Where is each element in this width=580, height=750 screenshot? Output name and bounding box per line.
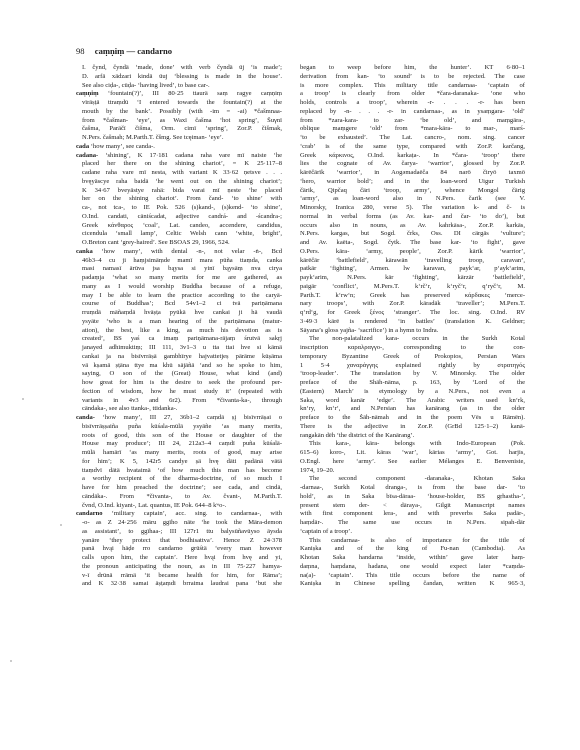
line-text: preface of the Shāh-nāma, p. 163, by ‘Lo…	[300, 379, 525, 386]
line-text: ca-, not tca-, to IE Pok. 526 (s)kand-, …	[82, 204, 282, 211]
right-column-line: inscription καραλραγγο-, corresponding t…	[300, 344, 525, 353]
line-text: This candarnaa- is also of importance fo…	[309, 537, 525, 544]
right-column-line: Kaniṣka in Chinese spelling čandan, writ…	[300, 580, 525, 589]
line-text: ‘how many’, see canda-.	[89, 143, 155, 150]
left-column-line: roots of good, this son of the House or …	[76, 432, 282, 441]
line-text: replaced by -n- . . . -r- in candarnaa-,…	[300, 108, 525, 115]
left-column-line: mouth by the bank’. Possibly (with -im =…	[76, 108, 282, 117]
right-column-line: preface of the Shāh-nāma, p. 163, by ‘Lo…	[300, 379, 525, 388]
entry-headword: canka	[76, 248, 93, 255]
left-column-line: panä hvąi hāḍe rro candarno grūśtä ‘ever…	[76, 545, 282, 554]
line-text: cāndāka-. From *čivanta-, to Av. čvant-,…	[82, 493, 282, 500]
line-text: rangakān dēh ‘the district of the Kanāra…	[300, 432, 414, 439]
entry-headword: caṃṇiṃ	[76, 90, 99, 97]
left-column-line: placed her there on the shining chariot’…	[76, 160, 282, 169]
right-column-line: Khotan Saka handarna ‘inside, within’ ga…	[300, 554, 525, 563]
right-column-line: holds, controls a troop’, wherein -r- . …	[300, 99, 525, 108]
left-column-line: many as I would worship Buddha because o…	[76, 283, 282, 292]
right-column-line: with first component lera-, and with pre…	[300, 510, 525, 519]
line-text: kn‘ry, kn‘r‘, and N.Persian has kanārang…	[300, 405, 525, 412]
right-column-line: ‘crab’ is of the same type, compared wit…	[300, 143, 525, 152]
left-column-line: yanāre ‘they protect that bodhisattva’. …	[76, 537, 282, 546]
line-text: The second component -daranaka-, Khotan …	[309, 475, 525, 482]
left-column-line: padaṃja ‘what so many merits for me are …	[76, 274, 282, 283]
scan-speck	[22, 398, 24, 400]
line-text: ation), the best, like a king, as much h…	[82, 327, 282, 334]
line-text: the pronoun anticipating the noun, as in…	[82, 563, 282, 570]
line-text: v-ī drūnä rrāmä ‘it became health for hi…	[82, 572, 282, 579]
left-column-line: variants in 4v3 and 6r2). From *čivanta-…	[76, 397, 282, 406]
line-text: haṃdār-. The same use occurs in N.Pers. …	[300, 519, 525, 526]
line-text: (Eastern) March’ is etymology by a N.Per…	[300, 388, 525, 395]
line-text: yanāre ‘they protect that bodhisattva’. …	[82, 537, 282, 544]
right-column-line: The second component -daranaka-, Khotan …	[300, 475, 525, 484]
right-column-line: from *zara-kara- to zar- ‘be old’, and m…	[300, 117, 525, 126]
right-column-line: occurs also in nouns, as Av. kahrkāsa-, …	[300, 222, 525, 231]
right-column-line: ‘captain of a troop’.	[300, 528, 525, 537]
line-text: as assistant’, to ggīhaa-; III 127r1 ttu…	[82, 528, 282, 535]
left-column-line: from *čašman- ‘eye’, as Waxī čašma ‘hot …	[76, 117, 282, 126]
line-text: ‘to be exhausted’. The Lat. cancro-, nom…	[300, 134, 525, 141]
left-column-line: ysyāte ‘who is a man hearing of the pari…	[76, 318, 282, 327]
line-text: patkār ‘fighting’, Armen. lw karavan, pa…	[300, 265, 525, 272]
left-column-line: janayed adhimuktiṃ; III 111, 3v1–3 u tta…	[76, 344, 282, 353]
line-text: derivation from kan- ‘to sound’ is to be…	[300, 73, 525, 80]
left-column-line: and K 32·38 samai āṣṭaṃdi brraima laudra…	[76, 580, 282, 589]
line-text: ‘crab’ is of the same type, compared wit…	[300, 143, 525, 150]
right-column-line: rangakān dēh ‘the district of the Kanāra…	[300, 432, 525, 441]
right-column: began to weep before him, the hunter’. K…	[300, 64, 525, 589]
line-text: ‘army’, as loan-word also in N.Pers. čar…	[300, 195, 525, 202]
right-column-line: payk‘arim, N.Pers. kār ‘fighting’, kārzā…	[300, 274, 525, 283]
line-text: created’, BS yaś ca imaṃ pariṇāmana-rāja…	[82, 335, 282, 342]
right-column-line: and Av. kaēta-, Sogd. čytk. The base kar…	[300, 239, 525, 248]
line-text: course of Buddhas’; Bcd 54v1–2 ci tvā pa…	[82, 300, 282, 307]
line-text: paigār ‘conflict’, M.Pers.T. k‘rč‘r, k‘r…	[300, 283, 525, 290]
line-text: roots of good, this son of the House or …	[82, 432, 282, 439]
right-column-line: preface to the Šāh-nāmah and in the poem…	[300, 414, 525, 423]
line-text: a troop’ is clearly from older *čara-dar…	[300, 90, 525, 97]
line-text: -darnaa-, Surkh Kotal dranga-, is from t…	[300, 484, 525, 491]
line-text: panä hvąi hāḍe rro candarno grūśtä ‘ever…	[82, 545, 282, 552]
dictionary-page: 98 caṃṇiṃ — candarno I. čynd, čyndä ‘mad…	[0, 0, 580, 750]
line-text: normal in verbal forms (as Av. kar- and …	[300, 213, 525, 220]
left-column-line: bisīvrrāṣṣaiña puña kūśala-mūlā ysyāñe ‘…	[76, 423, 282, 432]
right-column-line: oblique maṃgere ‘old’ from *mara-kāra- t…	[300, 125, 525, 134]
line-text: how great for him is the desire to seek …	[82, 379, 282, 386]
line-text: čvnd, O.Ind. kiyant-, Lat. quantus, IE P…	[82, 502, 226, 509]
left-column-line: bvęyäscye raha baidā ‘he went out on the…	[76, 178, 282, 187]
right-column-line: čärik, Qipčaq čäri ‘troop, army’, whence…	[300, 187, 525, 196]
right-column-line: (Eastern) March’ is etymology by a N.Per…	[300, 388, 525, 397]
line-text: Kaniṣka in Chinese spelling čandan, writ…	[300, 580, 525, 587]
right-column-line: 1 5·4 χαναράγγης explained rightly by στ…	[300, 362, 525, 371]
right-column-line: haṃdār-. The same use occurs in N.Pers. …	[300, 519, 525, 528]
right-column-line: ‘army’, as loan-word also in N.Pers. čar…	[300, 195, 525, 204]
right-column-line: kn‘ry, kn‘r‘, and N.Persian has kanārang…	[300, 405, 525, 414]
left-column-line: N.Pers. čašmah; M.Parth.T. čšmg. See tcę…	[76, 134, 282, 143]
line-text: payk‘arim, N.Pers. kār ‘fighting’, kārzā…	[300, 274, 525, 281]
left-column-line: her on the shining chariot’. From čand- …	[76, 195, 282, 204]
line-text: for him’; K 5, 142r5 candye ṣä hvę dāti …	[82, 458, 282, 465]
left-column-line: as assistant’, to ggīhaa-; III 127r1 ttu…	[76, 528, 282, 537]
line-text: cankai ja na bisīvrrāṣā gambhīrye hajvat…	[82, 353, 282, 360]
right-column-line: 615–6) koro-, Lit. kāras ‘war’, kārias ‘…	[300, 449, 525, 458]
left-column-line: cāndaka-, see also ttanka-, ttidanka-.	[76, 405, 282, 414]
line-text: variants in 4v3 and 6r2). From *čivanta-…	[82, 397, 282, 404]
line-text: ‘troop-leader’. The translation by V. Mi…	[300, 370, 525, 377]
line-text: and Av. kaēta-, Sogd. čytk. The base kar…	[300, 239, 525, 246]
left-column-line: a worthy recipient of the dharma-doctrin…	[76, 475, 282, 484]
right-column-line: temporary Byzantine Greek of Prokopios, …	[300, 353, 525, 362]
left-column-line: čašma, Parāčī čišma, Orm. cimī ‘spring’,…	[76, 125, 282, 134]
line-text: This kara-, kāra- belongs with Indo-Euro…	[309, 440, 525, 447]
right-column-line: Saka, word kanār ‘edge’. The Arabic writ…	[300, 397, 525, 406]
left-column-line: ation), the best, like a king, as much h…	[76, 327, 282, 336]
left-column-line: fection of wisdom, how he must study it’…	[76, 388, 282, 397]
entry-headword: cada	[76, 143, 89, 150]
line-text: See also ciḍa-, cūḍa- ‘having lived’, to…	[82, 82, 210, 89]
line-text: N.Pers. čašmah; M.Parth.T. čšmg. See tcę…	[82, 134, 224, 141]
right-column-line: O.Pers. kāra- ‘army, people’, Zor.P. kār…	[300, 248, 525, 257]
line-text: her on the shining chariot’. From čand- …	[82, 195, 282, 202]
line-text: House may produce’; III 24, 212a3–4 caṃd…	[82, 440, 282, 447]
right-column-line: O.Engl. here ‘army’. See earlier Mélange…	[300, 458, 525, 467]
running-head: 98 caṃṇiṃ — candarno	[76, 46, 172, 56]
right-column-line: This candarnaa- is also of importance fo…	[300, 537, 525, 546]
right-column-line: replaced by -n- . . . -r- in candarnaa-,…	[300, 108, 525, 117]
left-column-line: candarno ‘military captain’, acc. sing. …	[76, 510, 282, 519]
line-text: holds, controls a troop’, wherein -r- . …	[300, 99, 525, 106]
right-column-line: ‘troop-leader’. The translation by V. Mi…	[300, 370, 525, 379]
left-column-line: how great for him is the desire to seek …	[76, 379, 282, 388]
line-text: ‘shining’, K 17·181 cadana raha vare mī …	[98, 152, 282, 159]
line-text: fection of wisdom, how he must study it’…	[82, 388, 282, 395]
right-column-line: a troop’ is clearly from older *čara-dar…	[300, 90, 525, 99]
right-column-line: 3·49·3 kārē is rendered ‘in battles’ (tr…	[300, 318, 525, 327]
line-text: Parth.T. k‘rw‘n; Greek has preserved κάρ…	[300, 292, 525, 299]
line-text: began to weep before him, the hunter’. K…	[300, 64, 525, 71]
left-column-line: čvnd, O.Ind. kiyant-, Lat. quantus, IE P…	[76, 502, 282, 511]
line-text: mūlā hamārī ‘as many merits, roots of go…	[82, 449, 282, 456]
line-text: with first component lera-, and with pre…	[300, 510, 525, 517]
line-text: from *čašman- ‘eye’, as Waxī čašma ‘hot …	[82, 117, 282, 124]
line-text: have for him preached the doctrine’; see…	[82, 484, 282, 491]
right-column-line: This kara-, kāra- belongs with Indo-Euro…	[300, 440, 525, 449]
line-text: D. arfä xädzari kindä üuj ‘blessing is m…	[82, 73, 282, 80]
right-column-line: ‘hero, warrior bold’; and in the loan-wo…	[300, 178, 525, 187]
left-column-line: calls upon him, the captain’. Here hvąi …	[76, 554, 282, 563]
right-column-line: There is the adjective in Zor.P. (GrBd 1…	[300, 423, 525, 432]
line-text: cadane raha vare mī nesta, with variant …	[82, 169, 282, 176]
line-text: There is the adjective in Zor.P. (GrBd 1…	[300, 423, 525, 430]
line-text: N.Pers. kargas, but Sogd. črks, Oss. DI …	[300, 230, 525, 237]
left-column: I. čynd, čyndä ‘made, done’ with verb čy…	[76, 64, 282, 589]
line-text: ysyāte ‘who is a man hearing of the pari…	[82, 318, 282, 325]
line-text: masi namasī ārūva jsa bąysa si yinī bąys…	[82, 265, 282, 272]
left-column-line: cāndāka-. From *čivanta-, to Av. čvant-,…	[76, 493, 282, 502]
left-column-line: O.Breton cant ‘grey-haired’. See BSOAS 2…	[76, 239, 282, 248]
left-column-line: cadane raha vare mī nesta, with variant …	[76, 169, 282, 178]
line-text: 615–6) koro-, Lit. kāras ‘war’, kārias ‘…	[300, 449, 525, 456]
right-column-line: normal in verbal forms (as Av. kar- and …	[300, 213, 525, 222]
right-column-line: derivation from kan- ‘to sound’ is to be…	[300, 73, 525, 82]
left-column-line: the pronoun anticipating the noun, as in…	[76, 563, 282, 572]
right-column-line: The non-palatalized kara- occurs in the …	[300, 335, 525, 344]
line-text: temporary Byzantine Greek of Prokopios, …	[300, 353, 525, 360]
left-column-line: 46b3–4 cu ji haṃjsimāṃde mamī mara pūña …	[76, 257, 282, 266]
line-text: kārēčār ‘battlefield’, kārawān ‘travelli…	[300, 257, 525, 264]
line-text: The non-palatalized kara- occurs in the …	[309, 335, 525, 342]
line-text: a worthy recipient of the dharma-doctrin…	[82, 475, 282, 482]
line-text: cāndaka-, see also ttanka-, ttidanka-.	[82, 405, 177, 412]
line-text: -o- as Z 24·256 māru ggīho nāte ‘he took…	[82, 519, 282, 526]
line-text: janayed adhimuktiṃ; III 111, 3v1–3 u tta…	[82, 344, 282, 351]
line-text: na(a)- ‘captain’. This title occurs befo…	[300, 572, 525, 579]
line-text: Minorsky, Iranica 280, verse 5). The var…	[300, 204, 525, 211]
left-column-line: v-ī drūnä rrāmä ‘it became health for hi…	[76, 572, 282, 581]
line-text: Khotan Saka handarna ‘inside, within’ ga…	[300, 554, 525, 561]
line-text: placed her there on the shining chariot’…	[82, 160, 282, 167]
right-column-line: -darnaa-, Surkh Kotal dranga-, is from t…	[300, 484, 525, 493]
line-text: inscription καραλραγγο-, corresponding t…	[300, 344, 525, 351]
left-column-line: House may produce’; III 24, 212a3–4 caṃd…	[76, 440, 282, 449]
page-title: caṃṇiṃ — candarno	[95, 46, 172, 56]
entry-headword: canda-	[76, 414, 95, 421]
right-column-line: kārēčār ‘battlefield’, kārawān ‘travelli…	[300, 257, 525, 266]
line-text: vīrāṣṭä ttraṃdū ‘I entered towards the f…	[82, 99, 282, 106]
line-text: kārēčārīk ‘warrior’, in Aogəmadaēča 84 n…	[300, 169, 525, 176]
line-text: O.Ind. candati, cāniścadat, adjective ca…	[82, 213, 282, 220]
line-text: ‘fountain(?)’, III 80·25 ttaurä saṃ ragy…	[99, 90, 282, 97]
right-column-line: present stem der- < dāraya-, Gilgit Manu…	[300, 502, 525, 511]
line-text: ‘how many’, III 27, 36b1–2 caṃdā ṣį bisī…	[95, 414, 282, 421]
line-text: padaṃja ‘what so many merits for me are …	[82, 274, 282, 281]
line-text: many as I would worship Buddha because o…	[82, 283, 282, 290]
left-column-line: have for him preached the doctrine’; see…	[76, 484, 282, 493]
right-column-line: 1974, 19–20.	[300, 467, 525, 476]
line-text: O.Breton cant ‘grey-haired’. See BSOAS 2…	[82, 239, 230, 246]
left-column-line: canka ‘how many’, with dental -n-, not v…	[76, 248, 282, 257]
line-text: Sāyana’s gloss yajña- ‘sacrifice’) in a …	[300, 327, 438, 334]
right-column-line: began to weep before him, the hunter’. K…	[300, 64, 525, 73]
line-text: oblique maṃgere ‘old’ from *mara-kāra- t…	[300, 125, 525, 132]
left-column-line: cankai ja na bisīvrrāṣā gambhīrye hajvat…	[76, 353, 282, 362]
line-text: occurs also in nouns, as Av. kahrkāsa-, …	[300, 222, 525, 229]
entry-headword: cadana-	[76, 152, 98, 159]
line-text: čärik, Qipčaq čäri ‘troop, army’, whence…	[300, 187, 525, 194]
left-column-line: D. arfä xädzari kindä üuj ‘blessing is m…	[76, 73, 282, 82]
right-column-line: ‘to be exhausted’. The Lat. cancro-, nom…	[300, 134, 525, 143]
left-column-line: ca-, not tca-, to IE Pok. 526 (s)kand-, …	[76, 204, 282, 213]
line-text: nary troops’, with Zor.P. kāradāk ‘trave…	[300, 300, 525, 307]
line-text: čašma, Parāčī čišma, Orm. cimī ‘spring’,…	[82, 125, 282, 132]
right-column-line: paigār ‘conflict’, M.Pers.T. k‘rč‘r, k‘r…	[300, 283, 525, 292]
line-text: O.Engl. here ‘army’. See earlier Mélange…	[300, 458, 525, 465]
left-column-line: saying, O son of the (Great) House, what…	[76, 370, 282, 379]
left-column-line: Greek κάνθαρος ‘coal’, Lat. candeo, acce…	[76, 222, 282, 231]
right-column-line: lies the cognate of Av. čarya- ‘warrior’…	[300, 160, 525, 169]
line-text: saying, O son of the (Great) House, what…	[82, 370, 282, 377]
line-text: Greek κάρκινος, O.Ind. karkaṭa-. In *čar…	[300, 152, 525, 159]
left-column-line: may I be able to learn the practice acco…	[76, 292, 282, 301]
left-column-line: I. čynd, čyndä ‘made, done’ with verb čy…	[76, 64, 282, 73]
left-column-line: caṃṇiṃ ‘fountain(?)’, III 80·25 ttaurä s…	[76, 90, 282, 99]
line-text: q‘rd‘g, for Greek ξένος ‘stranger’. The …	[300, 309, 525, 316]
line-text: vä kṣamä ṣṭāna ttye ma khū sājāñä ‘and s…	[82, 362, 282, 369]
left-column-line: rruṃdā māñaṃdā hvāṣṭa pyūkä hve cankai j…	[76, 309, 282, 318]
right-column-line: Sāyana’s gloss yajña- ‘sacrifice’) in a …	[300, 327, 525, 336]
line-text: present stem der- < dāraya-, Gilgit Manu…	[300, 502, 525, 509]
line-text: is more complex. This military title can…	[300, 82, 525, 89]
left-column-line: vīrāṣṭä ttraṃdū ‘I entered towards the f…	[76, 99, 282, 108]
left-column-line: -o- as Z 24·256 māru ggīho nāte ‘he took…	[76, 519, 282, 528]
right-column-line: is more complex. This military title can…	[300, 82, 525, 91]
left-column-line: cadana- ‘shining’, K 17·181 cadana raha …	[76, 152, 282, 161]
line-text: I. čynd, čyndä ‘made, done’ with verb čy…	[82, 64, 282, 71]
left-column-line: mūlā hamārī ‘as many merits, roots of go…	[76, 449, 282, 458]
right-column-line: Minorsky, Iranica 280, verse 5). The var…	[300, 204, 525, 213]
page-number: 98	[76, 46, 85, 56]
line-text: hold’, as in Saka bīsa-dāraa- ‘house-hol…	[300, 493, 525, 500]
line-text: 1974, 19–20.	[300, 467, 334, 474]
left-column-line: canda- ‘how many’, III 27, 36b1–2 caṃdā …	[76, 414, 282, 423]
right-column-line: patkār ‘fighting’, Armen. lw karavan, pa…	[300, 265, 525, 274]
line-text: Greek κάνθαρος ‘coal’, Lat. candeo, acce…	[82, 222, 282, 229]
left-column-line: See also ciḍa-, cūḍa- ‘having lived’, to…	[76, 82, 282, 91]
left-column-line: course of Buddhas’; Bcd 54v1–2 ci tvā pa…	[76, 300, 282, 309]
right-column-line: q‘rd‘g, for Greek ξένος ‘stranger’. The …	[300, 309, 525, 318]
left-column-line: ttaṃdvī dātä hvataimä ‘of how much this …	[76, 467, 282, 476]
left-column-line: created’, BS yaś ca imaṃ pariṇāmana-rāja…	[76, 335, 282, 344]
right-column-line: hold’, as in Saka bīsa-dāraa- ‘house-hol…	[300, 493, 525, 502]
line-text: Kaniṣka and of the king of Fu-nan (Cambo…	[300, 545, 525, 552]
line-text: ‘hero, warrior bold’; and in the loan-wo…	[300, 178, 525, 185]
line-text: and K 32·38 samai āṣṭaṃdi brraima laudra…	[82, 580, 282, 587]
line-text: may I be able to learn the practice acco…	[82, 292, 282, 299]
left-column-line: K 34·67 bveyästye rahä: bida varai mī ṇe…	[76, 187, 282, 196]
scan-speck	[60, 524, 62, 526]
left-column-line: cicendula ‘small lamp’, Celtic Welsh can…	[76, 230, 282, 239]
line-text: ‘military captain’, acc. sing. to candar…	[103, 510, 282, 517]
right-column-line: Parth.T. k‘rw‘n; Greek has preserved κάρ…	[300, 292, 525, 301]
line-text: 46b3–4 cu ji haṃjsimāṃde mamī mara pūña …	[82, 257, 282, 264]
line-text: ‘how many’, with dental -n-, not velar -…	[93, 248, 282, 255]
scan-speck	[10, 660, 12, 662]
line-text: lies the cognate of Av. čarya- ‘warrior’…	[300, 160, 525, 167]
right-column-line: Greek κάρκινος, O.Ind. karkaṭa-. In *čar…	[300, 152, 525, 161]
line-text: 1 5·4 χαναράγγης explained rightly by στ…	[300, 362, 525, 369]
right-column-line: daṃna, haṃdana, hadana, one would expect…	[300, 563, 525, 572]
left-column-line: cada ‘how many’, see canda-.	[76, 143, 282, 152]
left-column-line: vä kṣamä ṣṭāna ttye ma khū sājāñä ‘and s…	[76, 362, 282, 371]
right-column-line: Kaniṣka and of the king of Fu-nan (Cambo…	[300, 545, 525, 554]
right-column-line: N.Pers. kargas, but Sogd. črks, Oss. DI …	[300, 230, 525, 239]
line-text: cicendula ‘small lamp’, Celtic Welsh can…	[82, 230, 282, 237]
line-text: preface to the Šāh-nāmah and in the poem…	[300, 414, 525, 421]
line-text: Saka, word kanār ‘edge’. The Arabic writ…	[300, 397, 525, 404]
line-text: ttaṃdvī dātä hvataimä ‘of how much this …	[82, 467, 282, 474]
line-text: 3·49·3 kārē is rendered ‘in battles’ (tr…	[300, 318, 525, 325]
line-text: daṃna, haṃdana, hadana, one would expect…	[300, 563, 525, 570]
left-column-line: O.Ind. candati, cāniścadat, adjective ca…	[76, 213, 282, 222]
left-column-line: masi namasī ārūva jsa bąysa si yinī bąys…	[76, 265, 282, 274]
line-text: O.Pers. kāra- ‘army, people’, Zor.P. kār…	[300, 248, 525, 255]
line-text: bvęyäscye raha baidā ‘he went out on the…	[82, 178, 282, 185]
left-column-line: for him’; K 5, 142r5 candye ṣä hvę dāti …	[76, 458, 282, 467]
right-column-line: nary troops’, with Zor.P. kāradāk ‘trave…	[300, 300, 525, 309]
line-text: K 34·67 bveyästye rahä: bida varai mī ṇe…	[82, 187, 282, 194]
line-text: ‘captain of a troop’.	[300, 528, 352, 535]
line-text: mouth by the bank’. Possibly (with -im =…	[82, 108, 282, 115]
line-text: bisīvrrāṣṣaiña puña kūśala-mūlā ysyāñe ‘…	[82, 423, 282, 430]
entry-headword: candarno	[76, 510, 103, 517]
line-text: calls upon him, the captain’. Here hvąi …	[82, 554, 282, 561]
line-text: rruṃdā māñaṃdā hvāṣṭa pyūkä hve cankai j…	[82, 309, 282, 316]
right-column-line: kārēčārīk ‘warrior’, in Aogəmadaēča 84 n…	[300, 169, 525, 178]
line-text: from *zara-kara- to zar- ‘be old’, and m…	[300, 117, 525, 124]
right-column-line: na(a)- ‘captain’. This title occurs befo…	[300, 572, 525, 581]
